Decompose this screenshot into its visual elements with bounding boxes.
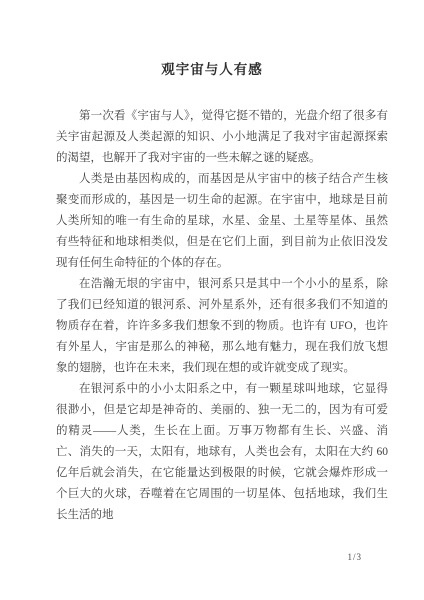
paragraph-4: 在银河系中的小小太阳系之中，有一颗星球叫地球，它显得很渺小，但是它却是神奇的、美… [56, 379, 388, 526]
document-body: 第一次看《宇宙与人》，觉得它挺不错的，光盘介绍了很多有关宇宙起源及人类起源的知识… [0, 78, 424, 526]
paragraph-3: 在浩瀚无垠的宇宙中，银河系只是其中一个小小的星系，除了我们已经知道的银河系、河外… [56, 274, 388, 379]
page-number: 1/3 [347, 552, 362, 562]
document-page: 观宇宙与人有感 第一次看《宇宙与人》，觉得它挺不错的，光盘介绍了很多有关宇宙起源… [0, 0, 424, 600]
document-title: 观宇宙与人有感 [0, 0, 424, 78]
paragraph-2: 人类是由基因构成的，而基因是从宇宙中的核子结合产生核聚变而形成的，基因是一切生命… [56, 169, 388, 274]
paragraph-1: 第一次看《宇宙与人》，觉得它挺不错的，光盘介绍了很多有关宇宙起源及人类起源的知识… [56, 106, 388, 169]
